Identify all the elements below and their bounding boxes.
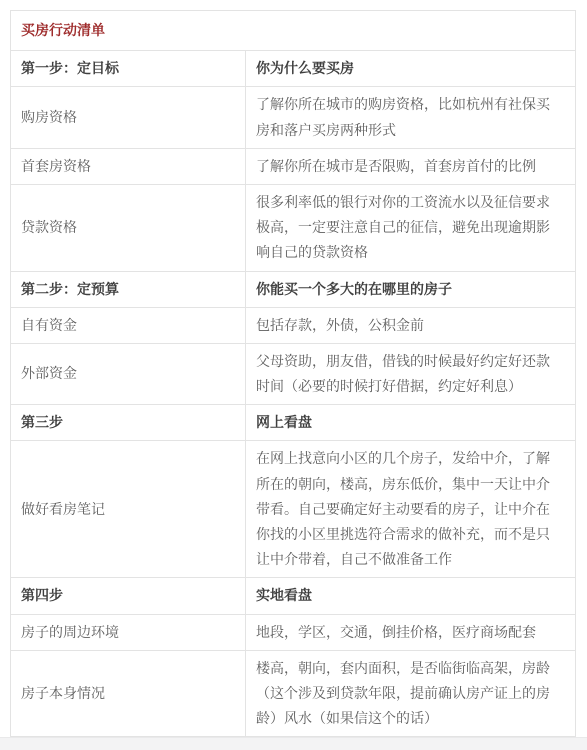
title-row: 买房行动清单 bbox=[11, 11, 576, 51]
checklist-table: 买房行动清单 第一步：定目标你为什么要买房购房资格了解你所在城市的购房资格，比如… bbox=[10, 10, 576, 737]
table-row: 外部资金父母资助，朋友借，借钱的时候最好约定好还款时间（必要的时候打好借据，约定… bbox=[11, 343, 576, 404]
item-label-cell: 首套房资格 bbox=[11, 148, 246, 184]
checklist-body: 第一步：定目标你为什么要买房购房资格了解你所在城市的购房资格，比如杭州有社保买房… bbox=[11, 51, 576, 737]
item-label-cell: 购房资格 bbox=[11, 87, 246, 148]
table-row: 第三步网上看盘 bbox=[11, 405, 576, 441]
table-row: 第二步：定预算你能买一个多大的在哪里的房子 bbox=[11, 271, 576, 307]
table-row: 做好看房笔记在网上找意向小区的几个房子，发给中介，了解所在的朝向，楼高，房东低价… bbox=[11, 441, 576, 578]
item-desc-cell: 实地看盘 bbox=[246, 578, 576, 614]
table-row: 购房资格了解你所在城市的购房资格，比如杭州有社保买房和落户买房两种形式 bbox=[11, 87, 576, 148]
item-desc-cell: 地段，学区，交通，倒挂价格，医疗商场配套 bbox=[246, 614, 576, 650]
item-desc-cell: 你为什么要买房 bbox=[246, 51, 576, 87]
item-label-cell: 第一步：定目标 bbox=[11, 51, 246, 87]
item-desc-cell: 了解你所在城市的购房资格，比如杭州有社保买房和落户买房两种形式 bbox=[246, 87, 576, 148]
table-row: 首套房资格了解你所在城市是否限购，首套房首付的比例 bbox=[11, 148, 576, 184]
item-desc-cell: 了解你所在城市是否限购，首套房首付的比例 bbox=[246, 148, 576, 184]
table-row: 贷款资格很多利率低的银行对你的工资流水以及征信要求极高，一定要注意自己的征信，避… bbox=[11, 184, 576, 271]
item-label-cell: 房子本身情况 bbox=[11, 650, 246, 737]
item-desc-cell: 父母资助，朋友借，借钱的时候最好约定好还款时间（必要的时候打好借据，约定好利息） bbox=[246, 343, 576, 404]
page-content: 买房行动清单 第一步：定目标你为什么要买房购房资格了解你所在城市的购房资格，比如… bbox=[0, 0, 587, 737]
page-title: 买房行动清单 bbox=[11, 11, 576, 51]
table-row: 第一步：定目标你为什么要买房 bbox=[11, 51, 576, 87]
table-row: 第四步实地看盘 bbox=[11, 578, 576, 614]
item-desc-cell: 你能买一个多大的在哪里的房子 bbox=[246, 271, 576, 307]
table-row: 自有资金包括存款，外债，公积金前 bbox=[11, 307, 576, 343]
item-label-cell: 第二步：定预算 bbox=[11, 271, 246, 307]
item-label-cell: 第四步 bbox=[11, 578, 246, 614]
item-desc-cell: 在网上找意向小区的几个房子，发给中介，了解所在的朝向，楼高，房东低价，集中一天让… bbox=[246, 441, 576, 578]
item-label-cell: 贷款资格 bbox=[11, 184, 246, 271]
item-label-cell: 第三步 bbox=[11, 405, 246, 441]
table-row: 房子本身情况楼高，朝向，套内面积，是否临街临高架，房龄（这个涉及到贷款年限，提前… bbox=[11, 650, 576, 737]
item-label-cell: 外部资金 bbox=[11, 343, 246, 404]
item-desc-cell: 包括存款，外债，公积金前 bbox=[246, 307, 576, 343]
item-label-cell: 做好看房笔记 bbox=[11, 441, 246, 578]
item-label-cell: 自有资金 bbox=[11, 307, 246, 343]
item-desc-cell: 很多利率低的银行对你的工资流水以及征信要求极高，一定要注意自己的征信，避免出现逾… bbox=[246, 184, 576, 271]
table-row: 房子的周边环境地段，学区，交通，倒挂价格，医疗商场配套 bbox=[11, 614, 576, 650]
item-label-cell: 房子的周边环境 bbox=[11, 614, 246, 650]
item-desc-cell: 网上看盘 bbox=[246, 405, 576, 441]
item-desc-cell: 楼高，朝向，套内面积，是否临街临高架，房龄（这个涉及到贷款年限，提前确认房产证上… bbox=[246, 650, 576, 737]
page-footer-area bbox=[0, 737, 587, 750]
